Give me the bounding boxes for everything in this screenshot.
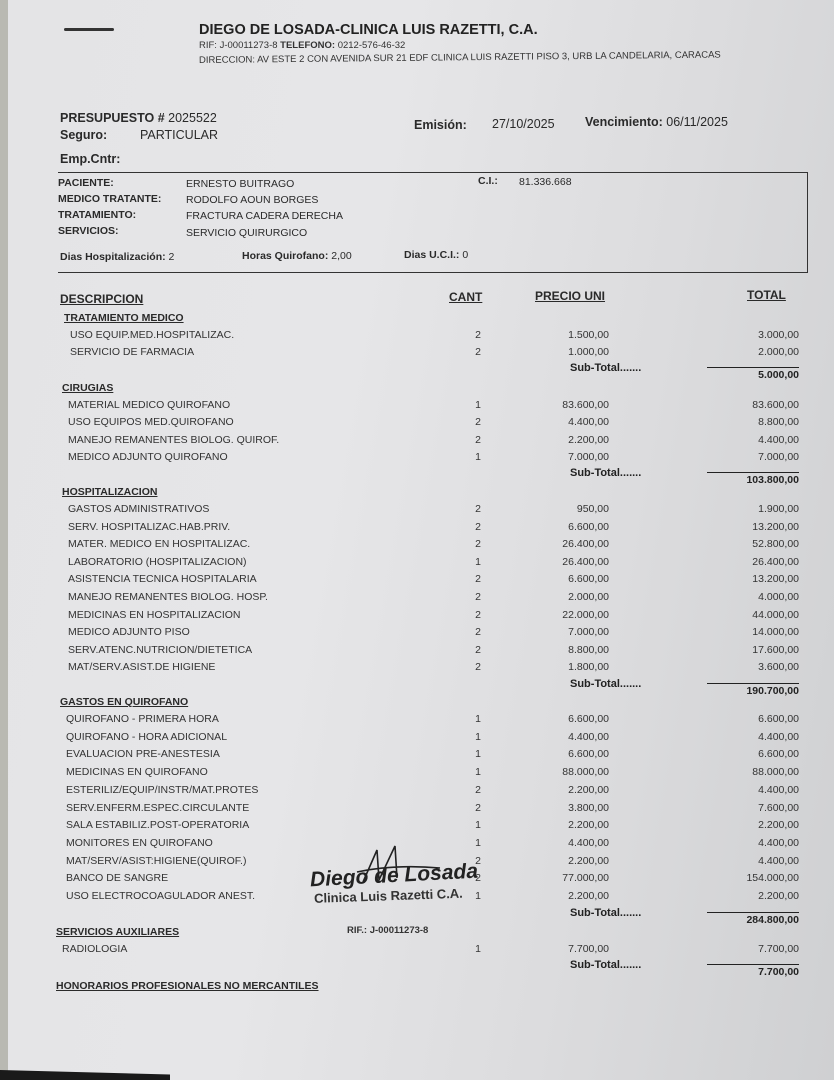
row-quantity: 1 [472,451,484,463]
row-description: BANCO DE SANGRE [66,872,168,884]
row-description: MAT/SERV/ASIST:HIGIENE(QUIROF.) [66,855,246,867]
row-quantity: 2 [472,503,484,515]
row-total: 2.200,00 [758,890,799,902]
row-total: 14.000,00 [752,626,799,638]
doctor-name: RODOLFO AOUN BORGES [186,194,318,206]
row-unit-price: 4.400,00 [568,416,609,428]
subtotal-value: 284.800,00 [746,914,799,926]
emission-label: Emisión: [414,118,467,132]
row-quantity: 2 [472,784,484,796]
subtotal-value: 7.700,00 [758,966,799,978]
row-total: 13.200,00 [752,521,799,533]
row-quantity: 2 [472,661,484,673]
row-description: QUIROFANO - HORA ADICIONAL [66,731,227,743]
row-total: 4.000,00 [758,591,799,603]
expiry-label: Vencimiento: [585,115,663,129]
table-row: MEDICINAS EN HOSPITALIZACION222.000,0044… [0,609,834,626]
company-rif-phone: RIF: J-00011273-8 TELEFONO: 0212-576-46-… [199,40,405,51]
company-address: DIRECCION: AV ESTE 2 CON AVENIDA SUR 21 … [199,50,721,66]
table-row: MATERIAL MEDICO QUIROFANO183.600,0083.60… [0,399,834,416]
subtotal-rule [707,367,799,368]
row-unit-price: 6.600,00 [568,713,609,725]
row-quantity: 1 [472,748,484,760]
row-unit-price: 6.600,00 [568,748,609,760]
budget-number-label: PRESUPUESTO # [60,111,165,125]
table-row: MATER. MEDICO EN HOSPITALIZAC.226.400,00… [0,538,834,555]
row-unit-price: 7.000,00 [568,626,609,638]
row-quantity: 2 [472,521,484,533]
row-description: MATERIAL MEDICO QUIROFANO [68,399,230,411]
row-total: 154.000,00 [746,872,799,884]
subtotal-rule [707,912,799,913]
row-unit-price: 950,00 [577,503,609,515]
rif-value: J-00011273-8 [220,40,278,51]
row-total: 7.600,00 [758,802,799,814]
row-description: SERV.ENFERM.ESPEC.CIRCULANTE [66,802,249,814]
table-row: SALA ESTABILIZ.POST-OPERATORIA12.200,002… [0,819,834,836]
section-title: HOSPITALIZACION [62,486,157,498]
table-row: QUIROFANO - HORA ADICIONAL14.400,004.400… [0,731,834,748]
row-unit-price: 2.200,00 [568,819,609,831]
row-description: SALA ESTABILIZ.POST-OPERATORIA [66,819,249,831]
subtotal-rule [707,472,799,473]
row-unit-price: 88.000,00 [562,766,609,778]
row-unit-price: 1.500,00 [568,329,609,341]
row-unit-price: 83.600,00 [562,399,609,411]
table-row: MEDICO ADJUNTO QUIROFANO17.000,007.000,0… [0,451,834,468]
row-unit-price: 8.800,00 [568,644,609,656]
table-row: ESTERILIZ/EQUIP/INSTR/MAT.PROTES22.200,0… [0,784,834,801]
row-quantity: 1 [472,766,484,778]
row-quantity: 2 [472,573,484,585]
table-row: SERV.ATENC.NUTRICION/DIETETICA28.800,001… [0,644,834,661]
row-unit-price: 2.200,00 [568,890,609,902]
expiry-date: 06/11/2025 [666,115,728,129]
scan-shadow [0,1070,170,1080]
row-total: 2.200,00 [758,819,799,831]
row-total: 3.000,00 [758,329,799,341]
row-total: 6.600,00 [758,748,799,760]
row-description: EVALUACION PRE-ANESTESIA [66,748,220,760]
row-quantity: 1 [472,556,484,568]
row-description: USO EQUIPOS MED.QUIROFANO [68,416,234,428]
row-total: 4.400,00 [758,837,799,849]
subtotal-value: 5.000,00 [758,369,799,381]
subtotal-label: Sub-Total....... [570,959,641,971]
phone-label: TELEFONO: [280,40,335,51]
row-unit-price: 4.400,00 [568,837,609,849]
row-quantity: 2 [472,416,484,428]
id-value: 81.336.668 [519,176,572,188]
table-row: GASTOS ADMINISTRATIVOS2950,001.900,00 [0,503,834,520]
section-title: GASTOS EN QUIROFANO [60,696,188,708]
row-total: 6.600,00 [758,713,799,725]
subtotal-label: Sub-Total....... [570,907,641,919]
table-row: RADIOLOGIA17.700,007.700,00 [0,943,834,960]
row-total: 4.400,00 [758,731,799,743]
rif-label: RIF: [199,40,217,51]
subtotal-rule [707,964,799,965]
row-unit-price: 7.000,00 [568,451,609,463]
patient-label: PACIENTE: [58,177,114,189]
col-header-total: TOTAL [747,288,786,302]
row-unit-price: 6.600,00 [568,573,609,585]
row-description: SERVICIO DE FARMACIA [70,346,194,358]
doctor-label: MEDICO TRATANTE: [58,193,161,205]
subtotal-row: Sub-Total.......5.000,00 [0,362,834,392]
company-name: DIEGO DE LOSADA-CLINICA LUIS RAZETTI, C.… [199,22,538,38]
row-total: 17.600,00 [752,644,799,656]
table-row: MEDICINAS EN QUIROFANO188.000,0088.000,0… [0,766,834,783]
company-stamp: Diego de Losada Clinica Luis Razetti C.A… [310,864,478,903]
icu-days: Dias U.C.I.: 0 [404,249,468,261]
section-title: TRATAMIENTO MEDICO [64,312,184,324]
treatment-value: FRACTURA CADERA DERECHA [186,210,343,222]
row-unit-price: 26.400,00 [562,556,609,568]
table-row: SERV. HOSPITALIZAC.HAB.PRIV.26.600,0013.… [0,521,834,538]
col-header-unit-price: PRECIO UNI [535,289,605,303]
row-description: SERV. HOSPITALIZAC.HAB.PRIV. [68,521,230,533]
row-description: USO EQUIP.MED.HOSPITALIZAC. [70,329,234,341]
row-unit-price: 6.600,00 [568,521,609,533]
row-total: 3.600,00 [758,661,799,673]
section-title-honorarios: HONORARIOS PROFESIONALES NO MERCANTILES [56,980,319,992]
employer-label: Emp.Cntr: [60,152,120,166]
row-unit-price: 1.800,00 [568,661,609,673]
budget-number-value: 2025522 [168,111,217,125]
table-row: MANEJO REMANENTES BIOLOG. HOSP.22.000,00… [0,591,834,608]
or-hours-value: 2,00 [331,250,351,262]
section-title: CIRUGIAS [62,382,113,394]
row-quantity: 2 [472,434,484,446]
row-total: 88.000,00 [752,766,799,778]
row-total: 7.700,00 [758,943,799,955]
row-description: MAT/SERV.ASIST.DE HIGIENE [68,661,215,673]
or-hours-label: Horas Quirofano: [242,250,328,262]
row-quantity: 1 [472,943,484,955]
budget-number: PRESUPUESTO # 2025522 [60,111,217,125]
row-description: MEDICO ADJUNTO QUIROFANO [68,451,228,463]
pen-mark [64,28,114,31]
subtotal-value: 190.700,00 [746,685,799,697]
table-row: MEDICO ADJUNTO PISO27.000,0014.000,00 [0,626,834,643]
row-description: GASTOS ADMINISTRATIVOS [68,503,209,515]
expiry: Vencimiento: 06/11/2025 [585,115,728,129]
table-row: SERVICIO DE FARMACIA21.000,002.000,00 [0,346,834,363]
row-quantity: 2 [472,802,484,814]
services-label: SERVICIOS: [58,225,119,237]
row-description: MEDICO ADJUNTO PISO [68,626,190,638]
row-unit-price: 7.700,00 [568,943,609,955]
row-unit-price: 2.200,00 [568,434,609,446]
services-value: SERVICIO QUIRURGICO [186,227,307,239]
row-description: QUIROFANO - PRIMERA HORA [66,713,219,725]
or-hours: Horas Quirofano: 2,00 [242,250,352,262]
row-total: 44.000,00 [752,609,799,621]
id-label: C.I.: [478,175,498,187]
row-total: 4.400,00 [758,855,799,867]
icu-days-value: 0 [462,249,468,261]
row-total: 4.400,00 [758,434,799,446]
subtotal-label: Sub-Total....... [570,678,641,690]
subtotal-label: Sub-Total....... [570,362,641,374]
row-total: 52.800,00 [752,538,799,550]
row-description: MONITORES EN QUIROFANO [66,837,213,849]
emission-date: 27/10/2025 [492,117,555,131]
insurance-value: PARTICULAR [140,128,218,142]
row-description: RADIOLOGIA [62,943,127,955]
row-unit-price: 22.000,00 [562,609,609,621]
row-total: 83.600,00 [752,399,799,411]
treatment-label: TRATAMIENTO: [58,209,136,221]
subtotal-rule [707,683,799,684]
phone-value: 0212-576-46-32 [338,40,406,51]
row-quantity: 1 [472,819,484,831]
table-row: SERV.ENFERM.ESPEC.CIRCULANTE23.800,007.6… [0,802,834,819]
row-quantity: 1 [472,837,484,849]
subtotal-label: Sub-Total....... [570,467,641,479]
col-header-description: DESCRIPCION [60,292,143,306]
row-description: ESTERILIZ/EQUIP/INSTR/MAT.PROTES [66,784,258,796]
row-description: ASISTENCIA TECNICA HOSPITALARIA [68,573,257,585]
col-header-qty: CANT [449,290,482,304]
table-row: ASISTENCIA TECNICA HOSPITALARIA26.600,00… [0,573,834,590]
row-total: 13.200,00 [752,573,799,585]
row-quantity: 1 [472,713,484,725]
icu-days-label: Dias U.C.I.: [404,249,459,261]
row-description: USO ELECTROCOAGULADOR ANEST. [66,890,255,902]
hosp-days-value: 2 [169,251,175,263]
row-unit-price: 2.000,00 [568,591,609,603]
row-unit-price: 3.800,00 [568,802,609,814]
row-quantity: 2 [472,644,484,656]
row-total: 2.000,00 [758,346,799,358]
row-quantity: 1 [472,731,484,743]
row-unit-price: 2.200,00 [568,784,609,796]
stamp-rif: RIF.: J-00011273-8 [347,925,428,936]
row-description: MANEJO REMANENTES BIOLOG. HOSP. [68,591,268,603]
hosp-days: Dias Hospitalización: 2 [60,251,174,263]
row-description: SERV.ATENC.NUTRICION/DIETETICA [68,644,252,656]
table-row: MAT/SERV.ASIST.DE HIGIENE21.800,003.600,… [0,661,834,678]
row-total: 7.000,00 [758,451,799,463]
section-title: SERVICIOS AUXILIARES [56,926,179,938]
table-row: MANEJO REMANENTES BIOLOG. QUIROF.22.200,… [0,434,834,451]
row-quantity: 2 [472,329,484,341]
row-total: 8.800,00 [758,416,799,428]
row-unit-price: 2.200,00 [568,855,609,867]
row-unit-price: 4.400,00 [568,731,609,743]
table-row: QUIROFANO - PRIMERA HORA16.600,006.600,0… [0,713,834,730]
row-total: 1.900,00 [758,503,799,515]
row-total: 4.400,00 [758,784,799,796]
insurance-label: Seguro: [60,128,107,142]
row-description: MANEJO REMANENTES BIOLOG. QUIROF. [68,434,279,446]
table-row: LABORATORIO (HOSPITALIZACION)126.400,002… [0,556,834,573]
row-quantity: 2 [472,609,484,621]
patient-name: ERNESTO BUITRAGO [186,178,294,190]
table-row: USO EQUIPOS MED.QUIROFANO24.400,008.800,… [0,416,834,433]
subtotal-value: 103.800,00 [746,474,799,486]
table-row: USO EQUIP.MED.HOSPITALIZAC.21.500,003.00… [0,329,834,346]
row-quantity: 2 [472,591,484,603]
row-quantity: 2 [472,626,484,638]
row-quantity: 2 [472,538,484,550]
table-row: EVALUACION PRE-ANESTESIA16.600,006.600,0… [0,748,834,765]
hosp-days-label: Dias Hospitalización: [60,251,166,263]
row-description: MEDICINAS EN HOSPITALIZACION [68,609,241,621]
row-description: MEDICINAS EN QUIROFANO [66,766,208,778]
row-unit-price: 1.000,00 [568,346,609,358]
row-unit-price: 26.400,00 [562,538,609,550]
row-unit-price: 77.000,00 [562,872,609,884]
row-quantity: 1 [472,399,484,411]
row-description: LABORATORIO (HOSPITALIZACION) [68,556,247,568]
row-quantity: 2 [472,346,484,358]
row-description: MATER. MEDICO EN HOSPITALIZAC. [68,538,250,550]
row-total: 26.400,00 [752,556,799,568]
